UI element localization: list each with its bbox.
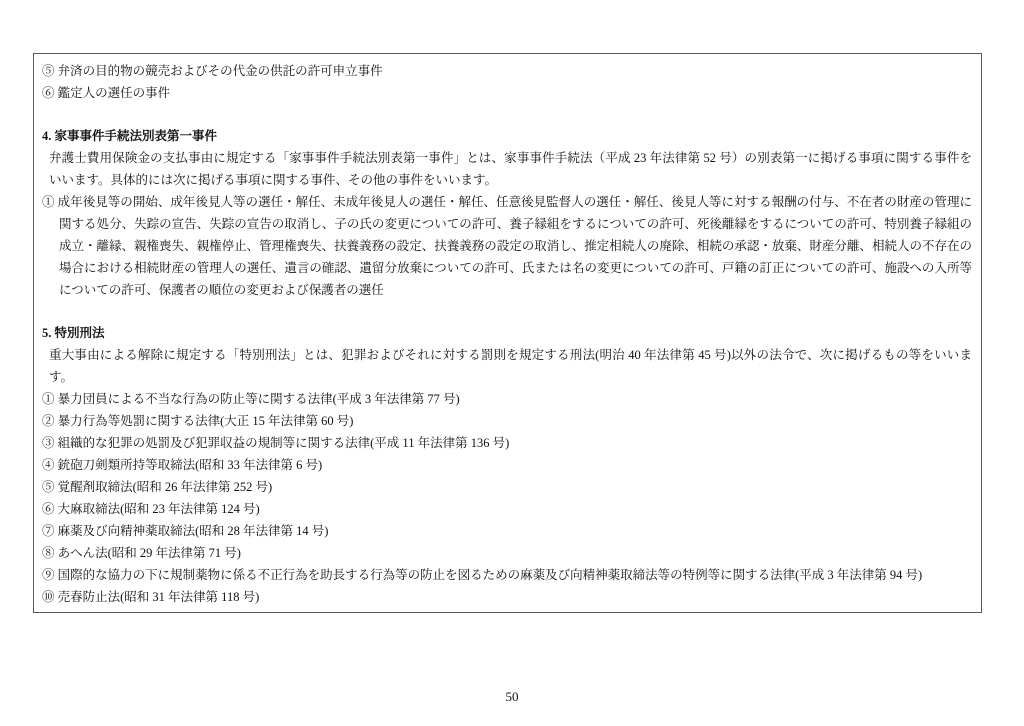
- list-item-5: ⑤ 弁済の目的物の競売およびその代金の供託の許可申立事件: [42, 60, 972, 82]
- page-number: 50: [0, 689, 1024, 705]
- section-5-item-6: ⑥ 大麻取締法(昭和 23 年法律第 124 号): [42, 498, 972, 520]
- list-item-6: ⑥ 鑑定人の選任の事件: [42, 82, 972, 104]
- section-4-intro: 弁護士費用保険金の支払事由に規定する「家事事件手続法別表第一事件」とは、家事事件…: [42, 147, 972, 191]
- content-border-box: ⑤ 弁済の目的物の競売およびその代金の供託の許可申立事件 ⑥ 鑑定人の選任の事件…: [33, 53, 982, 613]
- section-5-item-1: ① 暴力団員による不当な行為の防止等に関する法律(平成 3 年法律第 77 号): [42, 388, 972, 410]
- section-5-item-11: ⑪暴力団排除条例、その他これに類する条例: [42, 608, 972, 613]
- section-4-heading: 4. 家事事件手続法別表第一事件: [42, 125, 972, 147]
- section-kaji-jiken: 4. 家事事件手続法別表第一事件 弁護士費用保険金の支払事由に規定する「家事事件…: [42, 125, 972, 301]
- section-4-item-1: ① 成年後見等の開始、成年後見人等の選任・解任、未成年後見人の選任・解任、任意後…: [42, 191, 972, 301]
- section-5-heading: 5. 特別刑法: [42, 322, 972, 344]
- section-5-item-9: ⑨ 国際的な協力の下に規制薬物に係る不正行為を助長する行為等の防止を図るための麻…: [42, 564, 972, 586]
- document-page: ⑤ 弁済の目的物の競売およびその代金の供託の許可申立事件 ⑥ 鑑定人の選任の事件…: [0, 0, 1024, 726]
- section-5-item-8: ⑧ あへん法(昭和 29 年法律第 71 号): [42, 542, 972, 564]
- section-5-item-10: ⑩ 売春防止法(昭和 31 年法律第 118 号): [42, 586, 972, 608]
- section-5-intro: 重大事由による解除に規定する「特別刑法」とは、犯罪およびそれに対する罰則を規定す…: [42, 344, 972, 388]
- section-tokubetsu-keiho: 5. 特別刑法 重大事由による解除に規定する「特別刑法」とは、犯罪およびそれに対…: [42, 322, 972, 613]
- section-5-item-4: ④ 銃砲刀剣類所持等取締法(昭和 33 年法律第 6 号): [42, 454, 972, 476]
- section-5-item-3: ③ 組織的な犯罪の処罰及び犯罪収益の規制等に関する法律(平成 11 年法律第 1…: [42, 432, 972, 454]
- section-5-item-7: ⑦ 麻薬及び向精神薬取締法(昭和 28 年法律第 14 号): [42, 520, 972, 542]
- section-5-item-5: ⑤ 覚醒剤取締法(昭和 26 年法律第 252 号): [42, 476, 972, 498]
- section-5-item-2: ② 暴力行為等処罰に関する法律(大正 15 年法律第 60 号): [42, 410, 972, 432]
